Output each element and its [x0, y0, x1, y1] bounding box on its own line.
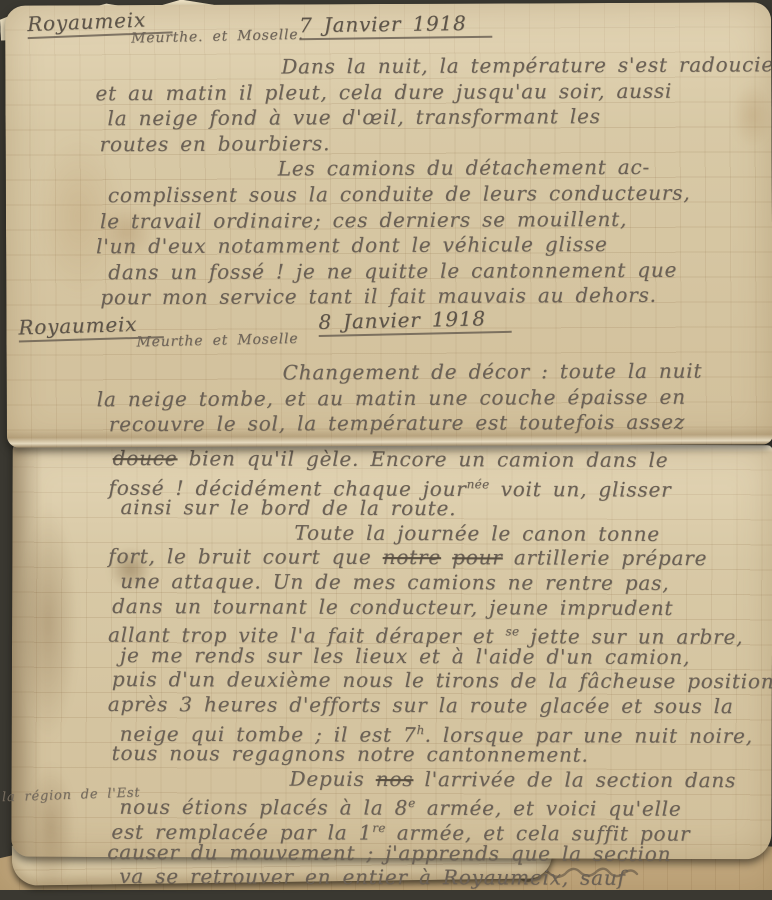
manuscript-line: recouvre le sol, la température est tout…: [109, 410, 771, 438]
text-segment: l'arrivée de la section dans: [413, 767, 736, 792]
manuscript-line: causer du mouvement ; j'apprends que la …: [107, 840, 769, 867]
manuscript-line: allant trop vite l'a fait déraper et se …: [108, 618, 770, 645]
text-segment: routes en bourbiers.: [100, 131, 331, 156]
text-segment: puis d'un deuxième nous le tirons de la …: [112, 667, 772, 693]
manuscript-line: Toute la journée le canon tonne: [112, 520, 770, 547]
date-text: 8 Janvier 1918: [318, 306, 512, 337]
manuscript-line: et au matin il pleut, cela dure jusqu'au…: [95, 78, 769, 107]
text-segment: complissent sous la conduite de leurs co…: [108, 181, 691, 208]
struck-word: nos: [376, 767, 414, 791]
manuscript-line: je me rends sur les lieux et à l'aide d'…: [120, 643, 770, 670]
text-segment: la neige tombe, et au matin une couche é…: [97, 384, 686, 411]
manuscript-line: est remplacée par la 1re armée, et cela …: [111, 815, 769, 842]
text-segment: recouvre le sol, la température est tout…: [109, 410, 685, 437]
text-segment: va se retrouver en entier à Royaumeix, s…: [119, 864, 626, 890]
manuscript-line: Changement de décor : toute la nuit: [101, 358, 771, 387]
text-segment: pour mon service tant il fait mauvais au…: [100, 283, 657, 309]
entry-date: 8 Janvier 1918: [318, 306, 512, 334]
text-segment: Toute la journée le canon tonne: [294, 520, 660, 545]
text-segment: se: [505, 625, 519, 639]
manuscript-line: après 3 heures d'efforts sur la route gl…: [108, 692, 770, 719]
entry-8-janvier-body: Changement de décor : toute la nuitla ne…: [101, 358, 771, 438]
text-segment: voit un, glisser: [489, 477, 671, 502]
manuscript-line: l'un d'eux notamment dont le véhicule gl…: [96, 231, 770, 260]
manuscript-line: fossé ! décidément chaque journée voit u…: [109, 471, 771, 498]
notebook-page-top: Royaumeix Meurthe. et Moselle. 7 Janvier…: [5, 2, 772, 447]
entry-7-janvier-body: Dans la nuit, la température s'est radou…: [99, 52, 770, 311]
manuscript-line: neige qui tombe ; il est 7h. lorsque par…: [120, 717, 770, 744]
manuscript-line: puis d'un deuxième nous le tirons de la …: [112, 667, 770, 694]
entry-date: 7 Janvier 1918: [299, 11, 493, 38]
manuscript-line: douce bien qu'il gèle. Encore un camion …: [113, 446, 771, 473]
text-segment: la neige fond à vue d'œil, transformant …: [107, 104, 600, 130]
manuscript-line: routes en bourbiers.: [100, 129, 770, 158]
manuscript-line: la neige fond à vue d'œil, transformant …: [107, 104, 769, 132]
text-segment: ainsi sur le bord de la route.: [120, 495, 456, 520]
struck-word: pour: [452, 546, 503, 570]
manuscript-line: Les camions du détachement ac-: [96, 155, 770, 184]
text-segment: après 3 heures d'efforts sur la route gl…: [108, 692, 734, 718]
text-segment: re: [372, 821, 386, 835]
manuscript-line: va se retrouver en entier à Royaumeix, s…: [119, 864, 769, 891]
text-segment: causer du mouvement ; j'apprends que la …: [107, 840, 671, 866]
text-segment: artillerie prépare: [503, 546, 708, 571]
date-text: 7 Janvier 1918: [299, 11, 493, 41]
text-segment: je me rends sur les lieux et à l'aide d'…: [120, 643, 690, 669]
manuscript-line: complissent sous la conduite de leurs co…: [108, 180, 770, 208]
text-segment: fort, le bruit court que: [108, 544, 382, 569]
manuscript-line: ainsi sur le bord de la route.: [120, 495, 770, 522]
entry-8-janvier-body-continued: douce bien qu'il gèle. Encore un camion …: [111, 446, 771, 891]
text-segment: et au matin il pleut, cela dure jusqu'au…: [95, 78, 672, 105]
text-segment: dans un fossé ! je ne quitte le cantonne…: [108, 257, 677, 283]
text-segment: [441, 546, 452, 570]
entry-department: Meurthe et Moselle: [136, 331, 298, 351]
manuscript-line: Depuis nos l'arrivée de la section dans: [108, 766, 770, 793]
text-segment: h: [417, 723, 425, 737]
manuscript-line: fort, le bruit court que notre pour arti…: [108, 544, 770, 571]
entry-department: Meurthe. et Moselle.: [131, 27, 304, 47]
text-segment: née: [467, 477, 490, 491]
struck-word: notre: [383, 545, 441, 569]
manuscript-line: nous étions placés à la 8e armée, et voi…: [119, 790, 769, 817]
struck-word: douce: [113, 446, 178, 470]
manuscript-line: une attaque. Un de mes camions ne rentre…: [120, 569, 770, 596]
text-segment: une attaque. Un de mes camions ne rentre…: [120, 569, 669, 595]
text-segment: tous nous regagnons notre cantonnement.: [112, 741, 589, 767]
text-segment: Les camions du détachement ac-: [278, 155, 650, 181]
manuscript-line: le travail ordinaire; ces derniers se mo…: [100, 206, 770, 235]
text-segment: dans un tournant le conducteur, jeune im…: [112, 594, 673, 620]
paper-stain: [18, 503, 79, 743]
text-segment: Changement de décor : toute la nuit: [283, 359, 703, 385]
manuscript-line: dans un fossé ! je ne quitte le cantonne…: [108, 257, 770, 285]
text-segment: l'un d'eux notamment dont le véhicule gl…: [96, 232, 608, 258]
text-segment: le travail ordinaire; ces derniers se mo…: [100, 207, 627, 233]
manuscript-line: la neige tombe, et au matin une couche é…: [97, 384, 771, 413]
manuscript-line: dans un tournant le conducteur, jeune im…: [112, 594, 770, 621]
text-segment: Dans la nuit, la température s'est radou…: [281, 52, 772, 78]
text-segment: bien qu'il gèle. Encore un camion dans l…: [177, 446, 668, 472]
text-segment: Depuis: [290, 766, 376, 790]
manuscript-line: Dans la nuit, la température s'est radou…: [99, 52, 769, 81]
